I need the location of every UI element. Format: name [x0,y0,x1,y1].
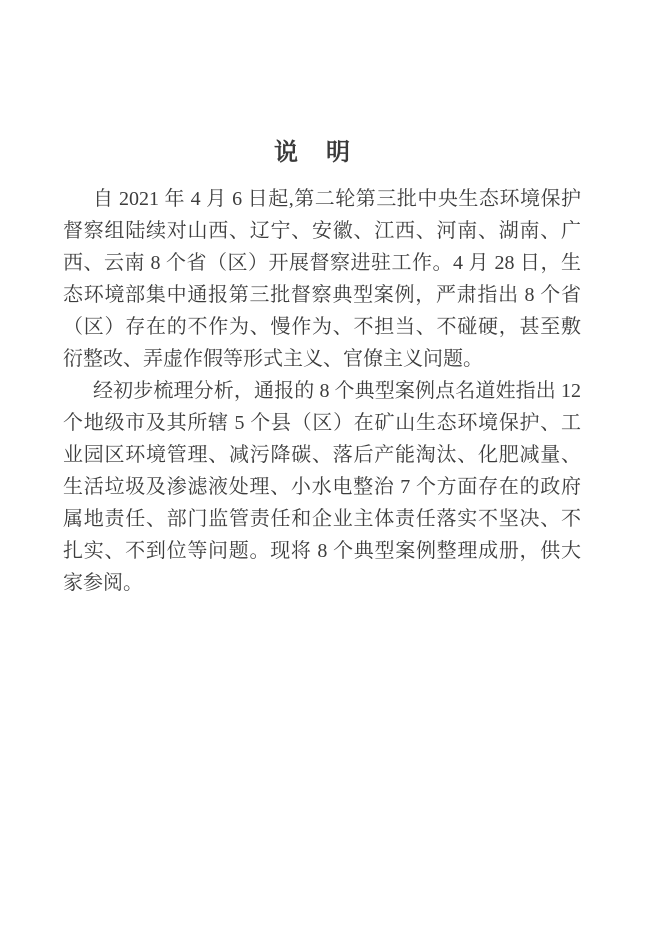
document-body: 自 2021 年 4 月 6 日起,第二轮第三批中央生态环境保护督察组陆续对山西… [63,183,581,599]
paragraph-intro-inspection: 自 2021 年 4 月 6 日起,第二轮第三批中央生态环境保护督察组陆续对山西… [63,183,581,375]
paragraph-case-summary: 经初步梳理分析，通报的 8 个典型案例点名道姓指出 12 个地级市及其所辖 5 … [63,375,581,599]
document-page: 说 明 自 2021 年 4 月 6 日起,第二轮第三批中央生态环境保护督察组陆… [0,0,662,936]
document-title: 说 明 [63,138,563,168]
